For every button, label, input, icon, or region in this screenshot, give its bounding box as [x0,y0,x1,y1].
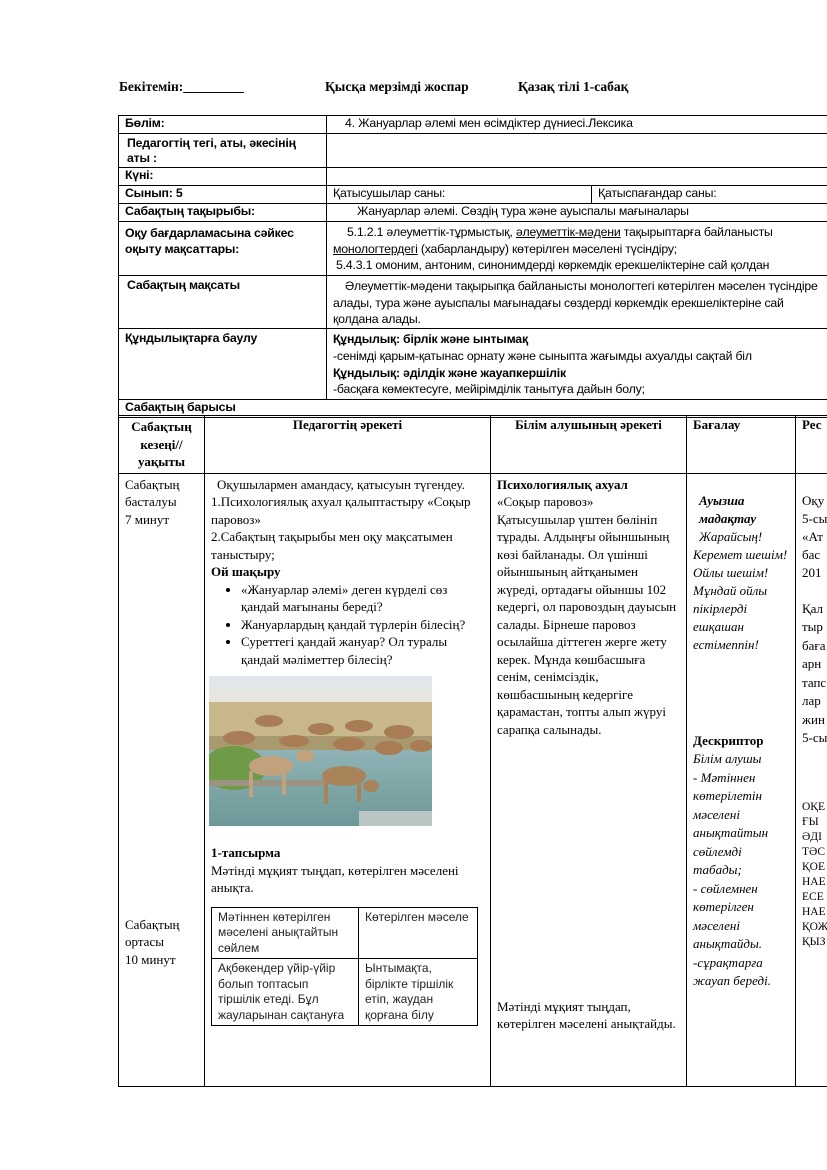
step-1-text: 1.Психологиялық ахуал қалыптастыру «Соқы… [211,493,484,528]
plan-title: Қысқа мерзімді жоспар [325,79,469,95]
topic-label: Сабақтың тақырыбы: [119,204,327,222]
approval-line: Бекітемін:_________ [119,79,244,95]
saiga-image-icon [209,676,432,826]
present-count-label: Қатысушылар саны: [327,186,592,204]
resources-block-3: ОҚЕ ҒЫ ӘДІ ТӘС ҚОЕ НАЕ ЕСЕ НАЕ ҚОЖ ҚЫЗ [802,800,827,950]
resources-block-1: Оқу 5-сы «Ат бас 201 [802,492,827,582]
saiga-photo [209,676,432,826]
greeting-text: Оқушылармен амандасу, қатысуын түгендеу. [211,476,484,494]
task-table-cell: Ынтымақта, бірлікте тіршілік етіп, жауда… [359,959,478,1026]
class-label: Сынып: 5 [119,186,327,204]
values-value: Құндылық: бірлік және ынтымақ -сенімді қ… [327,329,827,400]
col-assessment-header: Бағалау [687,416,796,474]
brainstorm-questions: «Жануарлар әлемі» деген күрделі сөз қанд… [211,581,484,669]
task-1-table: Мәтіннен көтерілген мәселені анықтайтын … [211,907,478,1027]
question-item: Суреттегі қандай жануар? Ол туралы қанда… [241,633,484,668]
stage-start: Сабақтың басталуы 7 минут [125,476,198,529]
lesson-info-table: Бөлім: 4. Жануарлар әлемі мен өсімдіктер… [118,115,827,418]
question-item: Жануарлардың қандай түрлерін білесің? [241,616,484,634]
brainstorm-title: Ой шақыру [211,563,484,581]
col-student-header: Білім алушының әрекеті [491,416,687,474]
values-label: Құндылықтарға баулу [119,329,327,400]
objectives-label: Оқу бағдарламасына сәйкес оқыту мақсатта… [119,222,327,276]
assessment-cell: Ауызша мадақтау Жарайсың! Керемет шешім!… [687,473,796,1086]
date-label: Күні: [119,168,327,186]
lesson-goal-label: Сабақтың мақсаты [119,276,327,329]
stage-cell: Сабақтың басталуы 7 минут Сабақтың ортас… [119,473,205,1086]
student-game-name: «Соқыр паровоз» [497,493,680,511]
praise-title: Ауызша мадақтау [693,492,789,528]
task-table-header: Көтерілген мәселе [359,907,478,959]
praise-text: Жарайсың! Керемет шешім! Ойлы шешім! Мұн… [693,528,789,654]
student-psych-title: Психологиялық ахуал [497,476,680,494]
subject-title: Қазақ тілі 1-сабақ [518,79,628,95]
step-2-text: 2.Сабақтың тақырыбы мен оқу мақсатымен т… [211,528,484,563]
task-1-text: Мәтінді мұқият тыңдап, көтерілген мәселе… [211,862,484,897]
teacher-name-value[interactable] [327,134,827,168]
topic-value: Жануарлар әлемі. Сөздің тура және ауыспа… [327,204,827,222]
teacher-actions-cell: Оқушылармен амандасу, қатысуын түгендеу.… [205,473,491,1086]
section-label: Бөлім: [119,116,327,134]
section-value: 4. Жануарлар әлемі мен өсімдіктер дүниес… [327,116,827,134]
stage-middle: Сабақтың ортасы 10 минут [125,916,180,969]
task-1-title: 1-тапсырма [211,844,484,862]
student-game-description: Қатысушылар үштен бөлініп тұрады. Алдыңғ… [497,511,680,739]
teacher-name-label: Педагогтің тегі, аты, әкесінің аты : [119,134,327,168]
objectives-value: 5.1.2.1 әлеуметтік-тұрмыстық, әлеуметтік… [327,222,827,276]
col-teacher-header: Педагогтің әрекеті [205,416,491,474]
col-stage-header: Сабақтың кезеңі// уақыты [119,416,205,474]
resources-block-2: Қал тыр баға арн тапс лар жин 5-сы [802,600,827,748]
task-table-header: Мәтіннен көтерілген мәселені анықтайтын … [212,907,359,959]
col-resources-header: Рес [796,416,827,474]
descriptor-block: Дескриптор Білім алушы - Мәтіннен көтері… [693,732,791,991]
date-value[interactable] [327,168,827,186]
absent-count-label: Қатыспағандар саны: [592,186,827,204]
lesson-progress-table: Сабақтың кезеңі// уақыты Педагогтің әрек… [118,415,827,1087]
student-task-response: Мәтінді мұқият тыңдап, көтерілген мәселе… [497,998,680,1033]
descriptor-title: Дескриптор [693,732,791,751]
lesson-goal-value: Әлеуметтік-мәдени тақырыпқа байланысты м… [327,276,827,329]
task-table-cell: Ақбөкендер үйір-үйір болып топтасып тірш… [212,959,359,1026]
question-item: «Жануарлар әлемі» деген күрделі сөз қанд… [241,581,484,616]
student-actions-cell: Психологиялық ахуал «Соқыр паровоз» Қаты… [491,473,687,1086]
resources-cell: Оқу 5-сы «Ат бас 201 Қал тыр баға арн та… [796,473,827,1086]
